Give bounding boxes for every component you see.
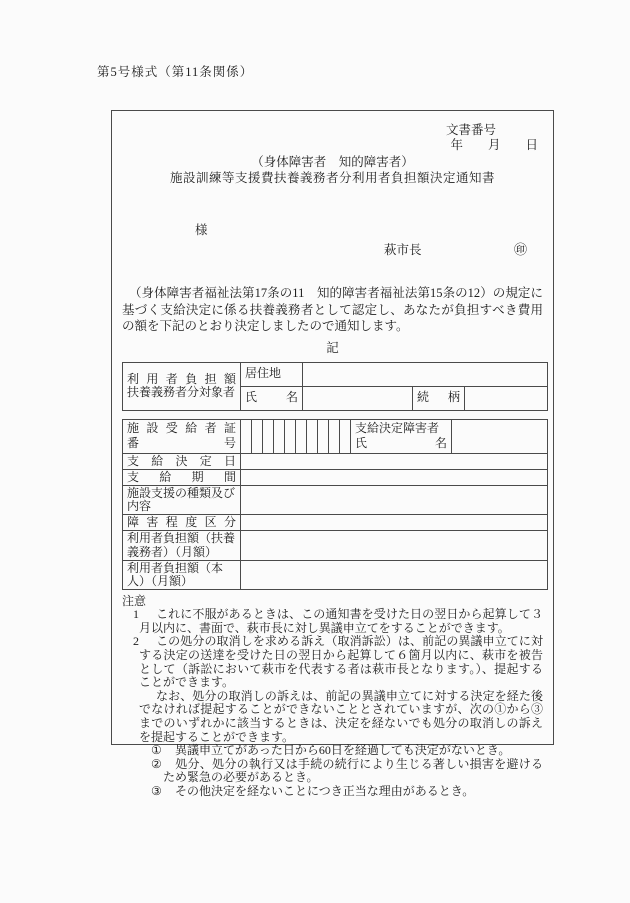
note-item-number: 2 — [133, 635, 156, 649]
sub-item-number: ① — [151, 744, 175, 758]
note-item-number: 1 — [133, 608, 156, 622]
grantee-label-line1: 支給決定障害者 — [355, 421, 447, 436]
certificate-digit-box — [241, 419, 252, 453]
disability-level-row: 障害程度区分 — [123, 515, 548, 531]
grantee-label-cell: 支給決定障害者 氏名 — [351, 419, 452, 453]
grantee-label-line2: 氏名 — [355, 436, 447, 451]
table-row: 利用者負担額 扶養義務者分対象者 居住地 — [123, 362, 548, 386]
note-sub-item-2: ②処分、処分の執行又は手続の続行により生じる著しい損害を避けるため緊急の必要があ… — [122, 758, 543, 785]
row-value-cell — [241, 531, 548, 560]
recipient-table: 利用者負担額 扶養義務者分対象者 居住地 氏 名 続 柄 — [122, 362, 548, 411]
note-item-2: 2この処分の取消しを求める訴え（取消訴訟）は、前記の異議申立てに対する決定の送達… — [122, 635, 543, 689]
note-item-2-supplement: なお、処分の取消しの訴えは、前記の異議申立てに対する決定を経た後でなければ提起す… — [122, 690, 543, 744]
row-label-cell: 障害程度区分 — [123, 515, 241, 531]
row-value-cell — [241, 453, 548, 469]
certificate-digit-box — [340, 419, 351, 453]
seal-mark-icon: ㊞ — [514, 242, 527, 258]
row-label-cell: 支給期間 — [123, 469, 241, 485]
form-number-label: 第5号様式（第11条関係） — [97, 62, 253, 80]
residence-label-cell: 居住地 — [241, 362, 303, 386]
note-sub-item-1: ①異議申立てがあった日から60日を経過しても決定がないとき。 — [122, 744, 543, 758]
decision-table: 施設受給者証 番号 支給決定障害者 氏名 — [122, 419, 548, 591]
row-value-cell — [241, 515, 548, 531]
certificate-digit-box — [274, 419, 285, 453]
payment-period-row: 支給期間 — [123, 469, 548, 485]
certificate-digit-box — [329, 419, 340, 453]
doc-number-label: 文書番号 — [120, 123, 545, 138]
row-value-cell — [241, 469, 548, 485]
body-paragraph: （身体障害者福祉法第17条の11 知的障害者福祉法第15条の12）の規定に基づく… — [122, 285, 543, 335]
certificate-label-cell: 施設受給者証 番号 — [123, 419, 241, 453]
row-value-cell — [241, 560, 548, 589]
document-subtitle: （身体障害者 知的障害者） — [120, 155, 545, 170]
row-label-cell: 利用者負担額（本 人）（月額） — [123, 560, 241, 589]
sub-item-text: 処分、処分の執行又は手続の続行により生じる著しい損害を避けるため緊急の必要がある… — [163, 757, 543, 785]
row-label-cell: 利用者負担額（扶養 義務者）（月額） — [123, 531, 241, 560]
certificate-digit-box — [252, 419, 263, 453]
row-label-cell: 施設支援の種類及び 内容 — [123, 485, 241, 514]
certificate-label-line2: 番号 — [127, 436, 236, 451]
row-label-cell: 支給決定日 — [123, 453, 241, 469]
dependent-burden-row: 利用者負担額（扶養 義務者）（月額） — [123, 531, 548, 560]
residence-value-cell — [303, 362, 548, 386]
document-content: 文書番号 年 月 日 （身体障害者 知的障害者） 施設訓練等支援費扶養義務者分利… — [112, 111, 553, 799]
sub-item-text: 異議申立てがあった日から60日を経過しても決定がないとき。 — [175, 743, 510, 757]
relation-value-cell — [465, 386, 548, 410]
name-label-cell: 氏 名 — [241, 386, 303, 410]
grantee-value-cell — [452, 419, 548, 453]
recipient-main-label-cell: 利用者負担額 扶養義務者分対象者 — [123, 362, 241, 410]
document-border-box: 文書番号 年 月 日 （身体障害者 知的障害者） 施設訓練等支援費扶養義務者分利… — [111, 110, 554, 745]
row-value-cell — [241, 485, 548, 514]
note-item-text: これに不服があるときは、この通知書を受けた日の翌日から起算して３月以内に、書面で… — [139, 607, 543, 635]
name-value-cell — [303, 386, 413, 410]
addressee-suffix: 様 — [195, 223, 208, 237]
sender-title: 萩市長 — [384, 242, 422, 258]
note-item-1: 1これに不服があるときは、この通知書を受けた日の翌日から起算して３月以内に、書面… — [122, 608, 543, 635]
certificate-digit-box — [318, 419, 329, 453]
certificate-digit-box — [285, 419, 296, 453]
decision-date-row: 支給決定日 — [123, 453, 548, 469]
sub-item-number: ③ — [151, 785, 175, 799]
date-line: 年 月 日 — [120, 138, 545, 153]
document-title: 施設訓練等支援費扶養義務者分利用者負担額決定通知書 — [120, 170, 545, 186]
note-sub-item-3: ③その他決定を経ないことにつき正当な理由があるとき。 — [122, 785, 543, 799]
recipient-main-label-line2: 扶養義務者分対象者 — [127, 386, 236, 399]
certificate-digit-box — [307, 419, 318, 453]
sub-item-text: その他決定を経ないことにつき正当な理由があるとき。 — [175, 784, 474, 798]
support-type-row: 施設支援の種類及び 内容 — [123, 485, 548, 514]
record-heading: 記 — [120, 340, 545, 356]
certificate-digit-box — [263, 419, 274, 453]
certificate-label-line1: 施設受給者証 — [127, 421, 236, 436]
notes-section: 注意 1これに不服があるときは、この通知書を受けた日の翌日から起算して３月以内に… — [122, 594, 543, 798]
document-page: 第5号様式（第11条関係） 文書番号 年 月 日 （身体障害者 知的障害者） 施… — [0, 0, 630, 903]
addressee-line: 様 — [120, 222, 545, 238]
certificate-digit-box — [296, 419, 307, 453]
certificate-number-row: 施設受給者証 番号 支給決定障害者 氏名 — [123, 419, 548, 453]
note-item-text: この処分の取消しを求める訴え（取消訴訟）は、前記の異議申立てに対する決定の送達を… — [139, 634, 543, 689]
sender-line: 萩市長 ㊞ — [120, 242, 545, 258]
self-burden-row: 利用者負担額（本 人）（月額） — [123, 560, 548, 589]
relation-label-cell: 続 柄 — [413, 386, 465, 410]
